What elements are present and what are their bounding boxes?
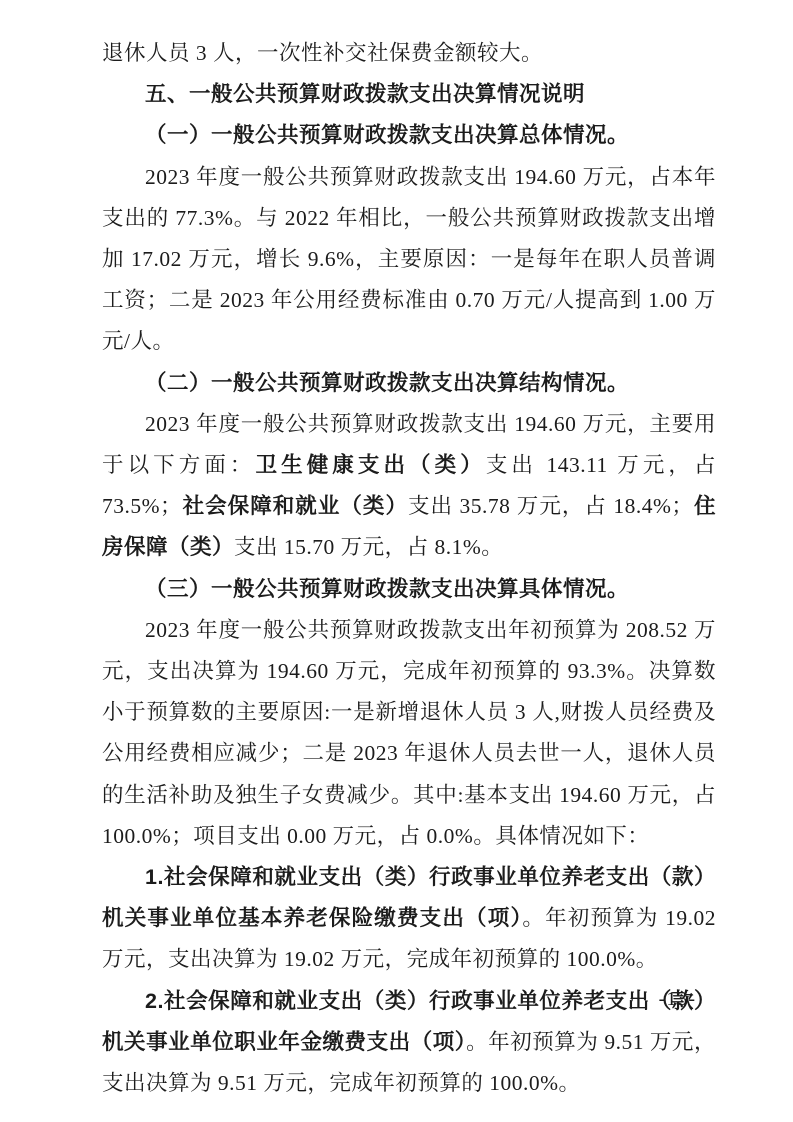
paragraph-item-1: 1.社会保障和就业支出（类）行政事业单位养老支出（款）机关事业单位基本养老保险缴… (102, 857, 716, 981)
bold-text-segment: 卫生健康支出（类） (256, 453, 486, 477)
text-segment: 2023 年度一般公共预算财政拨款支出年初预算为 208.52 万元，支出决算为… (102, 618, 716, 848)
text-segment: 退休人员 3 人，一次性补交社保费金额较大。 (102, 41, 543, 65)
page-number: -13- (659, 988, 696, 1011)
heading-sub-3: （三）一般公共预算财政拨款支出决算具体情况。 (102, 569, 716, 610)
text-segment: 支出 35.78 万元，占 18.4%； (408, 494, 693, 518)
paragraph-item-2: 2.社会保障和就业支出（类）行政事业单位养老支出（款）机关事业单位职业年金缴费支… (102, 981, 716, 1105)
text-segment: 2023 年度一般公共预算财政拨款支出 194.60 万元，占本年支出的 77.… (102, 165, 716, 354)
paragraph-overall: 2023 年度一般公共预算财政拨款支出 194.60 万元，占本年支出的 77.… (102, 157, 716, 363)
bold-text-segment: 五、一般公共预算财政拨款支出决算情况说明 (145, 82, 585, 106)
heading-section-5: 五、一般公共预算财政拨款支出决算情况说明 (102, 74, 716, 115)
paragraph-structure: 2023 年度一般公共预算财政拨款支出 194.60 万元，主要用于以下方面：卫… (102, 404, 716, 569)
bold-text-segment: （一）一般公共预算财政拨款支出决算总体情况。 (145, 123, 629, 147)
heading-sub-2: （二）一般公共预算财政拨款支出决算结构情况。 (102, 363, 716, 404)
paragraph-continuation: 退休人员 3 人，一次性补交社保费金额较大。 (102, 33, 716, 74)
heading-sub-1: （一）一般公共预算财政拨款支出决算总体情况。 (102, 115, 716, 156)
text-segment: 支出 15.70 万元，占 8.1%。 (234, 535, 503, 559)
paragraph-detail: 2023 年度一般公共预算财政拨款支出年初预算为 208.52 万元，支出决算为… (102, 610, 716, 857)
bold-text-segment: （三）一般公共预算财政拨款支出决算具体情况。 (145, 577, 629, 601)
document-page: 退休人员 3 人，一次性补交社保费金额较大。五、一般公共预算财政拨款支出决算情况… (0, 0, 793, 1122)
document-content: 退休人员 3 人，一次性补交社保费金额较大。五、一般公共预算财政拨款支出决算情况… (102, 33, 716, 1104)
bold-text-segment: 社会保障和就业（类） (182, 494, 408, 518)
bold-text-segment: （二）一般公共预算财政拨款支出决算结构情况。 (145, 371, 629, 395)
